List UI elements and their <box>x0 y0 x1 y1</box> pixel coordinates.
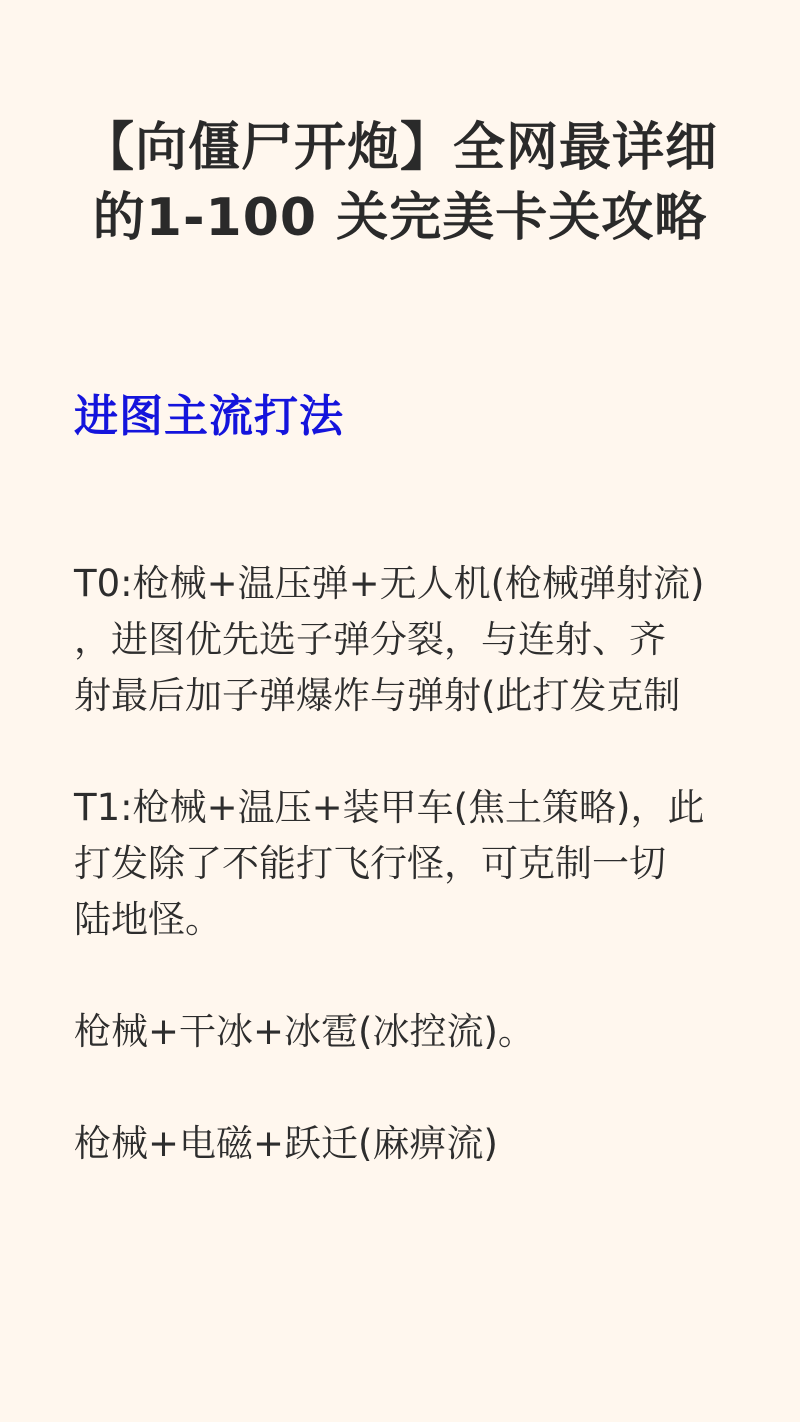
paragraph-paralysis-build: 枪械+电磁+跃迁(麻痹流) <box>74 1116 744 1172</box>
paragraph-line: 陆地怪。 <box>74 892 744 948</box>
article-body: T0:枪械+温压弹+无人机(枪械弹射流) ，进图优先选子弹分裂，与连射、齐 射最… <box>74 556 744 1228</box>
paragraph-t1-build: T1:枪械+温压+装甲车(焦土策略)，此 打发除了不能打飞行怪，可克制一切 陆地… <box>74 780 744 948</box>
paragraph-t0-build: T0:枪械+温压弹+无人机(枪械弹射流) ，进图优先选子弹分裂，与连射、齐 射最… <box>74 556 744 724</box>
title-line-1: 【向僵尸开炮】全网最详细 <box>0 113 800 183</box>
paragraph-line: 打发除了不能打飞行怪，可克制一切 <box>74 836 744 892</box>
paragraph-ice-control-build: 枪械+干冰+冰雹(冰控流)。 <box>74 1004 744 1060</box>
paragraph-line: T1:枪械+温压+装甲车(焦土策略)，此 <box>74 780 744 836</box>
paragraph-line: 枪械+干冰+冰雹(冰控流)。 <box>74 1004 744 1060</box>
paragraph-line: T0:枪械+温压弹+无人机(枪械弹射流) <box>74 556 744 612</box>
title-line-2: 的1-100 关完美卡关攻略 <box>0 183 800 253</box>
paragraph-line: 枪械+电磁+跃迁(麻痹流) <box>74 1116 744 1172</box>
paragraph-line: ，进图优先选子弹分裂，与连射、齐 <box>74 612 744 668</box>
section-heading: 进图主流打法 <box>74 387 344 447</box>
paragraph-line: 射最后加子弹爆炸与弹射(此打发克制 <box>74 668 744 724</box>
page-title: 【向僵尸开炮】全网最详细 的1-100 关完美卡关攻略 <box>0 113 800 253</box>
